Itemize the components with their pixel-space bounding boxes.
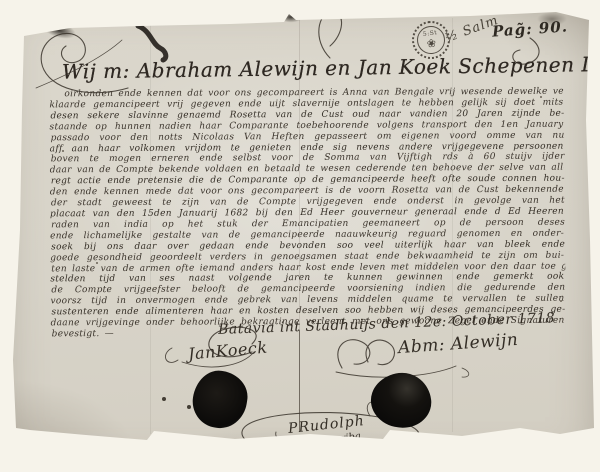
document-body: oirkonden ende kennen dat voor ons gecom… [49, 87, 564, 341]
document-header: Wij m: Abraham Alewijn en Jan Koek Schep… [62, 52, 582, 83]
ornament-icon: ❀ [426, 37, 437, 49]
wax-seal-left [189, 367, 251, 432]
page-number-note: Pag̃: 90. [491, 17, 568, 40]
ink-blotch [34, 14, 84, 46]
clerk-signature-title: scriba [329, 431, 361, 446]
wax-seal-right [368, 370, 434, 432]
photograph-of-document: 5:St ❀ ½ Salm Pag̃: 90. Wij m: Abraham A… [0, 0, 600, 472]
document-paper: 5:St ❀ ½ Salm Pag̃: 90. Wij m: Abraham A… [0, 0, 600, 472]
paper-specks [0, 0, 2, 2]
alderman-signature-left: JanKoeck [187, 338, 268, 364]
paper-crease [299, 330, 300, 432]
ink-blotch [276, 10, 306, 24]
duty-stamp-inner: 5:St ❀ [415, 24, 447, 56]
